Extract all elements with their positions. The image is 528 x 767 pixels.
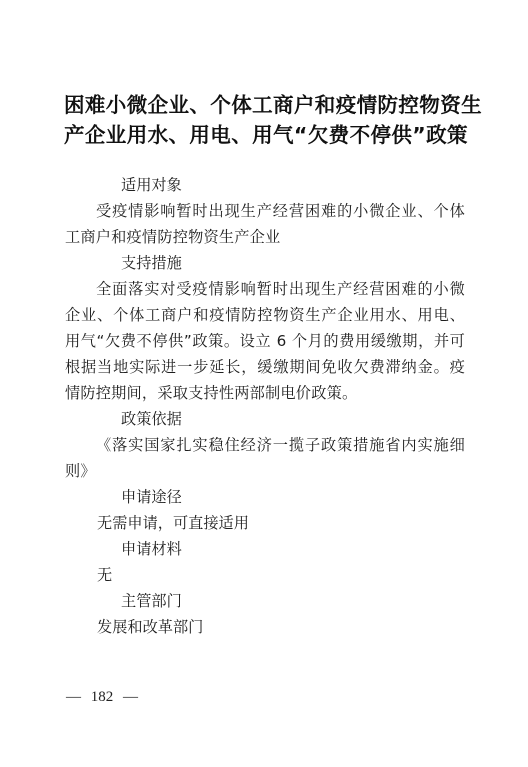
- section-body-materials: 无: [65, 562, 465, 588]
- policy-content: 适用对象 受疫情影响暂时出现生产经营困难的小微企业、个体工商户和疫情防控物资生产…: [65, 172, 465, 640]
- section-heading-department: 主管部门: [65, 588, 465, 614]
- policy-title: 困难小微企业、个体工商户和疫情防控物资生 产企业用水、用电、用气“欠费不停供”政…: [64, 90, 484, 150]
- section-body-measures: 全面落实对受疫情影响暂时出现生产经营困难的小微企业、个体工商户和疫情防控物资生产…: [65, 276, 465, 406]
- section-body-department: 发展和改革部门: [65, 614, 465, 640]
- section-heading-channel: 申请途径: [65, 484, 465, 510]
- document-page: 困难小微企业、个体工商户和疫情防控物资生 产企业用水、用电、用气“欠费不停供”政…: [0, 0, 528, 767]
- section-heading-target: 适用对象: [65, 172, 465, 198]
- policy-title-line-1: 困难小微企业、个体工商户和疫情防控物资生: [64, 90, 484, 120]
- policy-title-line-2: 产企业用水、用电、用气“欠费不停供”政策: [64, 120, 484, 150]
- section-heading-materials: 申请材料: [65, 536, 465, 562]
- page-number: — 182 —: [66, 689, 138, 706]
- section-heading-measures: 支持措施: [65, 250, 465, 276]
- section-body-channel: 无需申请，可直接适用: [65, 510, 465, 536]
- section-body-target: 受疫情影响暂时出现生产经营困难的小微企业、个体工商户和疫情防控物资生产企业: [65, 198, 465, 250]
- section-heading-basis: 政策依据: [65, 406, 465, 432]
- section-body-basis: 《落实国家扎实稳住经济一揽子政策措施省内实施细则》: [65, 432, 465, 484]
